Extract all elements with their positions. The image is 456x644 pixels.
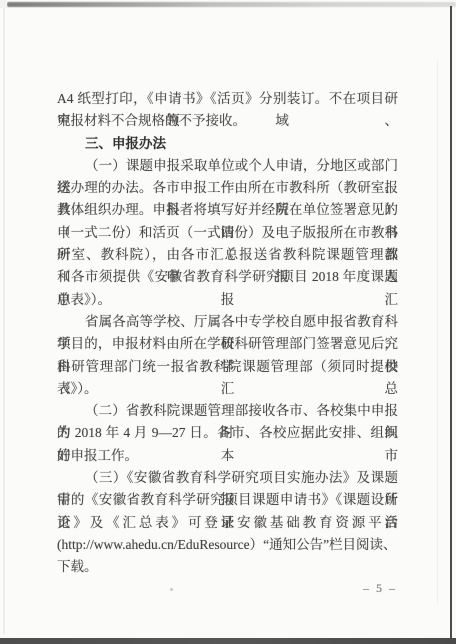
scan-artifact-bottom-edge (0, 638, 456, 644)
page-number: – 5 – (356, 581, 404, 596)
text-line: 页》及《汇总表》可登录安徽基础教育资源平台 (57, 512, 398, 534)
text-line: 项目的，申报材料由所在学校科研管理部门签署意见后，由学校 (57, 333, 398, 355)
text-line: （三）《安徽省教育科学研究项目实施办法》及课题申报所 (57, 467, 398, 489)
document-page: A4 纸型打印，《申请书》《活页》分别装订。不在项目研究领域、申报材料不合规格的… (0, 0, 456, 644)
scan-artifact-inner-right-edge (437, 60, 438, 604)
scan-artifact-top-edge (7, 2, 456, 7)
scan-artifact-corner-notch (0, 0, 7, 8)
text-line: 研室、教科院），由各市汇总报送省教科院课题管理部（申报人 (57, 244, 398, 266)
text-line: （二）省教科院课题管理部接收各市、各校集中申报的时间 (57, 400, 398, 422)
scan-artifact-left-edge (3, 8, 5, 634)
section-heading: 三、申报办法 (57, 133, 398, 155)
document-text: A4 纸型打印，《申请书》《活页》分别装订。不在项目研究领域、申报材料不合规格的… (57, 88, 398, 556)
text-line: 和各市须提供《安徽省教育科学研究项目 2018 年度课题申报汇 (57, 266, 398, 288)
text-line: A4 纸型打印，《申请书》《活页》分别装订。不在项目研究领域、 (57, 88, 398, 110)
text-line: 送办理的办法。各市申报工作由所在市教科所（教研室、教科院） (57, 177, 398, 199)
text-line: (http://www.ahedu.cn/EduResource）“通知公告”栏… (57, 534, 398, 556)
text-line: 省属各高等学校、厅属各中专学校自愿申报省教育科学研究 (57, 311, 398, 333)
text-line: 为 2018 年 4 月 9—27 日。各市、各校应据此安排、组织好本市 (57, 422, 398, 444)
text-line: （一）课题申报采取单位或个人申请，分地区或部门统一报 (57, 155, 398, 177)
scan-speckle (170, 588, 173, 591)
text-line: （一式二份）和活页（一式四份）及电子版报所在市教科所（教 (57, 222, 398, 244)
text-line: 科研管理部门统一报省教科院课题管理部（须同时提供《汇总 (57, 356, 398, 378)
scan-artifact-right-edge (450, 6, 452, 640)
text-line: 需的《安徽省教育科学研究项目课题申请书》《课题设计论证活 (57, 489, 398, 511)
text-line: 具体组织办理。申报者将填写好并经所在单位签署意见的申请书 (57, 199, 398, 221)
